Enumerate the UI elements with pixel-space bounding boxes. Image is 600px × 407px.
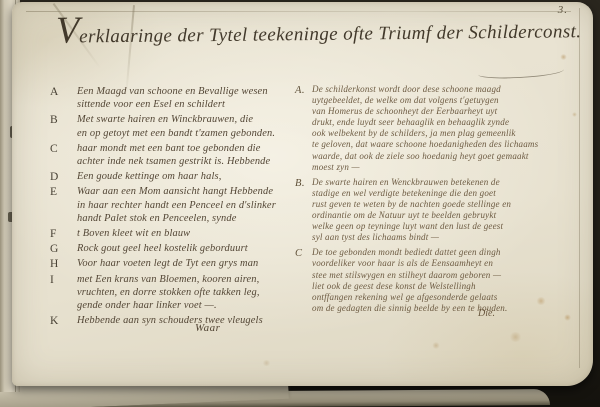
item-lines: t Boven kleet wit en blauw — [77, 227, 302, 240]
text-line: in haar rechter handt een Penceel en d's… — [77, 199, 302, 212]
text-line: Waar aan een Mom aansicht hangt Hebbende — [77, 185, 302, 198]
item-letter: D — [50, 170, 77, 183]
manuscript-item-B: B.De swarte hairen en Wenckbrauwen betek… — [295, 177, 571, 244]
manuscript-item-C: CDe toe gebonden mondt bediedt dattet ge… — [295, 247, 571, 314]
text-line: om de gedagten die sinnig beelde by een … — [312, 303, 571, 314]
text-line: ordinantie om de Natuur uyt te beelden g… — [312, 210, 571, 221]
item-letter: B — [50, 113, 77, 139]
text-line: De swarte hairen en Wenckbrauwen beteken… — [312, 177, 571, 188]
catchword-left: Waar — [195, 322, 220, 334]
text-line: De schilderkonst wordt door dese schoone… — [312, 84, 571, 95]
item-letter: A. — [295, 84, 312, 173]
page-right-edge — [579, 8, 580, 368]
text-line: moest zyn — — [312, 162, 571, 173]
manuscript-item-K: KHebbende aan syn schouders twee vleugel… — [50, 314, 302, 327]
item-letter: I — [50, 273, 77, 313]
text-line: stee met stilswygen en stilheyt daarom g… — [312, 270, 571, 281]
text-line: Met swarte hairen en Winckbrauwen, die — [77, 113, 302, 126]
item-letter: G — [50, 242, 77, 255]
text-line: waarde, dat ook de ziele soo hoedanig he… — [312, 151, 571, 162]
item-lines: haar mondt met een bant toe gebonden die… — [77, 142, 302, 168]
foxing-stain — [262, 360, 271, 366]
item-letter: A — [50, 85, 77, 111]
item-letter: F — [50, 227, 77, 240]
text-line: achter inde nek tsamen gestrikt is. Hebb… — [77, 155, 302, 168]
text-line: vruchten, en dorre stokken ofte takken l… — [77, 286, 302, 299]
item-letter: K — [50, 314, 77, 327]
text-line: Rock gout geel heel kostelik geborduurt — [77, 242, 302, 255]
text-line: welke geen op teyninge luyt want den lus… — [312, 221, 571, 232]
item-letter: E — [50, 185, 77, 225]
item-lines: met Een krans van Bloemen, kooren airen,… — [77, 273, 302, 313]
item-letter: C — [295, 247, 312, 314]
text-line: Een goude kettinge om haar hals, — [77, 170, 302, 183]
manuscript-item-A: A.De schilderkonst wordt door dese schoo… — [295, 84, 571, 173]
manuscript-item-H: HVoor haar voeten legt de Tyt een grys m… — [50, 257, 302, 270]
text-line: t Boven kleet wit en blauw — [77, 227, 302, 240]
left-column: AEen Maagd van schoone en Bevallige wese… — [50, 85, 302, 329]
item-lines: Een goude kettinge om haar hals, — [77, 170, 302, 183]
manuscript-photo: 3. Verklaaringe der Tytel teekeninge oft… — [0, 0, 600, 407]
item-lines: Met swarte hairen en Winckbrauwen, dieen… — [77, 113, 302, 139]
manuscript-item-B: BMet swarte hairen en Winckbrauwen, diee… — [50, 113, 302, 139]
text-line: gende onder haar linker voet —. — [77, 299, 302, 312]
text-line: ook welbekent by de schilders, ja men pl… — [312, 128, 571, 139]
manuscript-item-G: GRock gout geel heel kostelik geborduurt — [50, 242, 302, 255]
text-line: uytgebeeldet, de welke om dat volgens t'… — [312, 95, 571, 106]
item-letter: C — [50, 142, 77, 168]
item-lines: Hebbende aan syn schouders twee vleugels — [77, 314, 302, 327]
item-lines: Rock gout geel heel kostelik geborduurt — [77, 242, 302, 255]
item-lines: Waar aan een Mom aansicht hangt Hebbende… — [77, 185, 302, 225]
item-lines: Een Maagd van schoone en Bevallige wesen… — [77, 85, 302, 111]
item-lines: De swarte hairen en Wenckbrauwen beteken… — [312, 177, 571, 244]
text-line: syl aan tyst des lichaams bindt — — [312, 232, 571, 243]
foxing-stain — [432, 342, 440, 349]
text-line: voordeliker voor haar is als de Eensaamh… — [312, 258, 571, 269]
text-line: te geloven, dat waare schoone hoedanighe… — [312, 139, 571, 150]
item-letter: B. — [295, 177, 312, 244]
item-lines: Voor haar voeten legt de Tyt een grys ma… — [77, 257, 302, 270]
foxing-stain — [560, 54, 567, 60]
top-fold-crease — [26, 11, 571, 12]
page-number: 3. — [558, 4, 568, 16]
text-line: handt Palet stok en Penceelen, synde — [77, 212, 302, 225]
text-line: rust geven te weten by de nachten goede … — [312, 199, 571, 210]
text-line: van Homerus de schoonheyt der Eerbaarhey… — [312, 106, 571, 117]
vertical-crease — [125, 5, 135, 97]
text-line: De toe gebonden mondt bediedt dattet gee… — [312, 247, 571, 258]
text-line: Voor haar voeten legt de Tyt een grys ma… — [77, 257, 302, 270]
foxing-stain — [572, 112, 577, 117]
text-line: haar mondt met een bant toe gebonden die — [77, 142, 302, 155]
text-line: stadige en wel verdigte betekeninge die … — [312, 188, 571, 199]
text-line: sittende voor een Esel en schildert — [77, 98, 302, 111]
manuscript-item-A: AEen Maagd van schoone en Bevallige wese… — [50, 85, 302, 111]
text-line: liet ook de geest dese konst de Welstell… — [312, 281, 571, 292]
manuscript-item-I: Imet Een krans van Bloemen, kooren airen… — [50, 273, 302, 313]
manuscript-item-E: EWaar aan een Mom aansicht hangt Hebbend… — [50, 185, 302, 225]
text-line: Hebbende aan syn schouders twee vleugels — [77, 314, 302, 327]
item-lines: De toe gebonden mondt bediedt dattet gee… — [312, 247, 571, 314]
manuscript-item-C: Chaar mondt met een bant toe gebonden di… — [50, 142, 302, 168]
item-lines: De schilderkonst wordt door dese schoone… — [312, 84, 571, 173]
text-line: Een Maagd van schoone en Bevallige wesen — [77, 85, 302, 98]
text-line: en op getoyt met een bandt t'zamen gebon… — [77, 127, 302, 140]
manuscript-item-F: Ft Boven kleet wit en blauw — [50, 227, 302, 240]
text-line: met Een krans van Bloemen, kooren airen, — [77, 273, 302, 286]
right-column: A.De schilderkonst wordt door dese schoo… — [295, 84, 571, 318]
item-letter: H — [50, 257, 77, 270]
text-line: ontffangen rekening wel ge afgesonderde … — [312, 292, 571, 303]
manuscript-item-D: DEen goude kettinge om haar hals, — [50, 170, 302, 183]
text-line: drukt, ende luydt seer behaaglik en beha… — [312, 117, 571, 128]
catchword-right: Die. — [478, 308, 495, 319]
foxing-stain — [509, 332, 522, 342]
